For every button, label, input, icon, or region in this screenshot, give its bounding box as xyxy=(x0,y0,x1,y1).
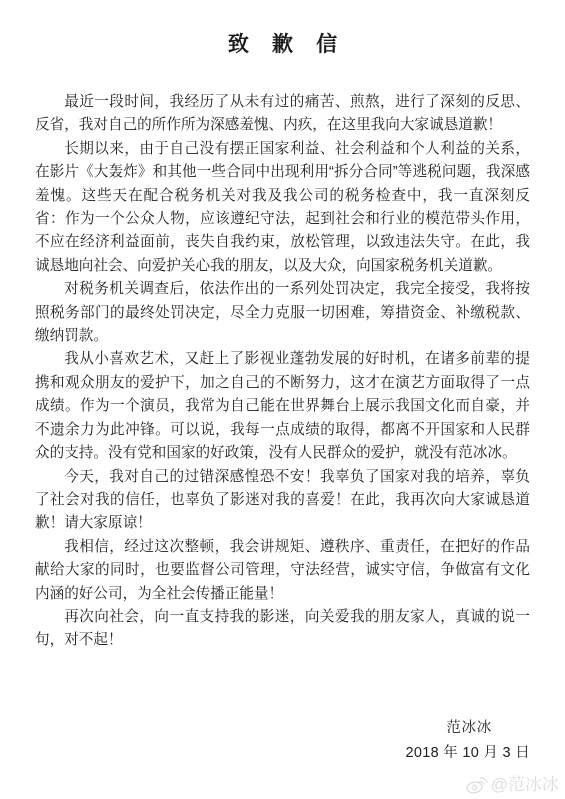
letter-paragraph-7: 再次向社会，向一直支持我的影迷，向关爱我的朋友家人，真诚的说一句，对不起！ xyxy=(35,606,530,653)
letter-body: 最近一段时间，我经历了从未有过的痛苦、煎熬，进行了深刻的反思、反省，我对自己的所… xyxy=(35,91,530,653)
signature-name: 范冰冰 xyxy=(35,717,530,740)
letter-paragraph-1: 最近一段时间，我经历了从未有过的痛苦、煎熬，进行了深刻的反思、反省，我对自己的所… xyxy=(35,91,530,138)
letter-paragraph-4: 我从小喜欢艺术，又赶上了影视业蓬勃发展的好时机，在诸多前辈的提携和观众朋友的爱护… xyxy=(35,348,530,465)
signature-date: 2018 年 10 月 3 日 xyxy=(35,742,530,765)
letter-paragraph-2: 长期以来，由于自己没有摆正国家利益、社会利益和个人利益的关系，在影片《大轰炸》和… xyxy=(35,138,530,278)
letter-paragraph-3: 对税务机关调查后，依法作出的一系列处罚决定，我完全接受，我将按照税务部门的最终处… xyxy=(35,278,530,348)
letter-paragraph-6: 我相信，经过这次整顿，我会讲规矩、遵秩序、重责任，在把好的作品献给大家的同时，也… xyxy=(35,536,530,606)
letter-title: 致歉信 xyxy=(35,34,530,56)
weibo-watermark: @范冰冰 xyxy=(466,775,559,795)
watermark-handle: @范冰冰 xyxy=(491,775,559,795)
signature-block: 范冰冰 2018 年 10 月 3 日 xyxy=(35,717,530,765)
letter-paragraph-5: 今天，我对自己的过错深感惶恐不安！我辜负了国家对我的培养，辜负了社会对我的信任，… xyxy=(35,466,530,536)
weibo-logo-icon xyxy=(466,776,488,794)
apology-letter-page: 致歉信 最近一段时间，我经历了从未有过的痛苦、煎熬，进行了深刻的反思、反省，我对… xyxy=(0,0,565,799)
